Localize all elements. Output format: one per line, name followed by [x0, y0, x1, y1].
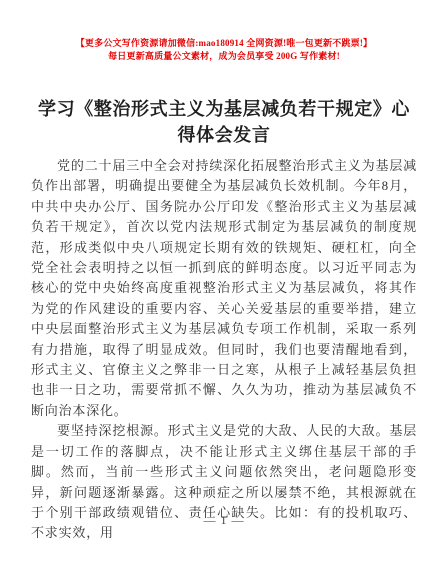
promo-notice-line-2: 每日更新高质量公文素材，成为会员享受 200G 写作素材! — [0, 50, 448, 63]
document-title: 学习《整治形式主义为基层减负若干规定》心得体会发言 — [35, 96, 413, 148]
document-page: 【更多公文写作资源请加微信:mao180914 全网资源!唯一包更新不跳票!】 … — [0, 0, 448, 580]
promo-notice-banner: 【更多公文写作资源请加微信:mao180914 全网资源!唯一包更新不跳票!】 … — [0, 37, 448, 63]
promo-notice-line-1: 【更多公文写作资源请加微信:mao180914 全网资源!唯一包更新不跳票!】 — [0, 37, 448, 50]
page-number: — 1 — — [0, 513, 448, 528]
paragraph-1: 党的二十届三中全会对持续深化拓展整治形式主义为基层减负作出部署，明确提出要健全为… — [31, 156, 417, 421]
document-body: 党的二十届三中全会对持续深化拓展整治形式主义为基层减负作出部署，明确提出要健全为… — [0, 156, 448, 544]
